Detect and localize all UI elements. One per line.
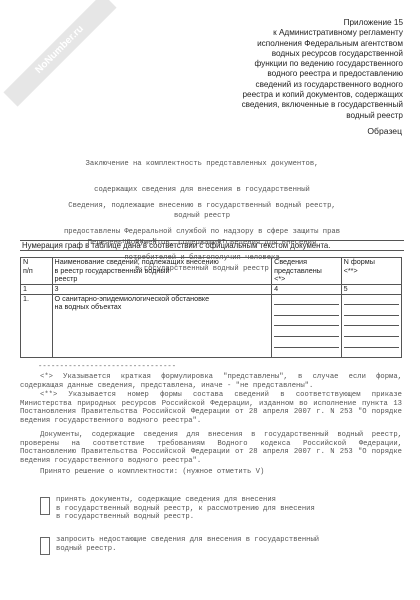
provided-cell[interactable]	[272, 294, 342, 358]
appendix-line: реестра и копий документов, содержащих	[213, 90, 403, 100]
appendix-line: функции по ведению государственного	[213, 59, 403, 69]
row-name: О санитарно-эпидемиологической обстановк…	[52, 294, 272, 358]
header-number: N п/п	[21, 258, 53, 285]
footnote-separator: --------------------------------	[38, 363, 176, 371]
header-name: Наименование сведений, подлежащих внесен…	[52, 258, 272, 285]
provided-subrow[interactable]	[274, 316, 339, 327]
appendix-line: к Административному регламенту	[213, 28, 403, 38]
provided-subrow[interactable]	[274, 348, 339, 358]
numbering-note: Нумерация граф в таблице дана в соответс…	[20, 240, 404, 251]
accept-checkbox[interactable]	[40, 497, 50, 515]
appendix-line: водных ресурсов государственной	[213, 49, 403, 59]
provided-subrow[interactable]	[274, 305, 339, 316]
documents-table: N п/п Наименование сведений, подлежащих …	[20, 257, 402, 358]
documents-paragraph: Документы, содержащие сведения для внесе…	[20, 431, 402, 466]
form-number-cell[interactable]	[341, 294, 401, 358]
footnote-1-text: <*> Указывается краткая формулировка "пр…	[20, 373, 402, 390]
appendix-line: сведения, включенные в государственный	[213, 100, 403, 110]
appendix-line: водный реестр	[213, 111, 403, 121]
info-line: Сведения, подлежащие внесению в государс…	[0, 202, 412, 211]
sample-label: Образец	[367, 126, 402, 136]
documents-paragraph-text: Документы, содержащие сведения для внесе…	[20, 431, 402, 465]
table-numbering-row: 1 3 4 5	[21, 285, 402, 295]
form-number-subrow[interactable]	[344, 305, 399, 316]
provided-subrow[interactable]	[274, 337, 339, 348]
footnote-2-text: <**> Указывается номер формы состава све…	[20, 391, 402, 425]
table-header-row: N п/п Наименование сведений, подлежащих …	[21, 258, 402, 285]
row-number: 1.	[21, 294, 53, 358]
watermark: NoNumber.ru	[3, 0, 116, 107]
appendix-line: водного реестра и предоставлению	[213, 69, 403, 79]
option-request-label: запросить недостающие сведения для внесе…	[56, 536, 319, 553]
conclusion-line: Заключение на комплектность представленн…	[0, 160, 412, 169]
appendix-line: исполнения Федеральным агентством	[213, 39, 403, 49]
table-cell: 1	[21, 285, 53, 295]
table-cell: 4	[272, 285, 342, 295]
footnote-2: <**> Указывается номер формы состава све…	[20, 391, 402, 426]
decision-label: Принято решение о комплектности: (нужное…	[40, 468, 264, 477]
option-accept[interactable]: принять документы, содержащие сведения д…	[40, 496, 315, 522]
form-number-subrow[interactable]	[344, 337, 399, 348]
header-provided: Сведения представлены <*>	[272, 258, 342, 285]
appendix-header: Приложение 15 к Административному реглам…	[213, 18, 403, 121]
form-number-subrow[interactable]	[344, 316, 399, 327]
appendix-line: сведений из государственного водного	[213, 80, 403, 90]
provided-subrow[interactable]	[274, 326, 339, 337]
option-request[interactable]: запросить недостающие сведения для внесе…	[40, 536, 319, 555]
appendix-line: Приложение 15	[213, 18, 403, 28]
table-cell: 5	[341, 285, 401, 295]
table-row: 1. О санитарно-эпидемиологической обстан…	[21, 294, 402, 358]
footnote-1: <*> Указывается краткая формулировка "пр…	[20, 373, 402, 390]
request-checkbox[interactable]	[40, 537, 50, 555]
form-number-subrow[interactable]	[344, 295, 399, 306]
table-cell: 3	[52, 285, 272, 295]
form-number-subrow[interactable]	[344, 348, 399, 358]
form-number-subrow[interactable]	[344, 326, 399, 337]
provided-subrow[interactable]	[274, 295, 339, 306]
header-form-number: N формы <**>	[341, 258, 401, 285]
option-accept-label: принять документы, содержащие сведения д…	[56, 496, 315, 522]
